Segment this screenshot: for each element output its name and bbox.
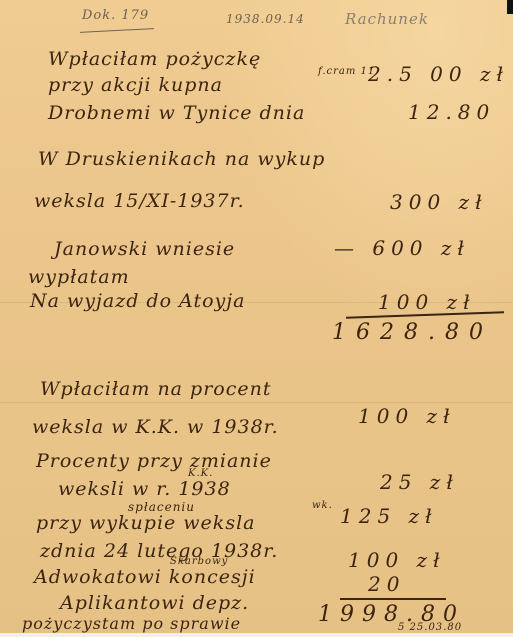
entry-text: zdnia 24 lutego 1938r.: [40, 540, 278, 562]
entry-amount: 25 zł: [380, 470, 459, 494]
entry-note: K.K.: [188, 468, 213, 479]
entry-amount: 100 zł: [378, 290, 476, 314]
entry-amount: 100 zł: [348, 548, 446, 572]
entry-text: Aplikantowi depz.: [60, 592, 249, 614]
entry-text: wypłatam: [28, 266, 130, 288]
paper-fold: [0, 402, 513, 403]
entry-text: Janowski wniesie: [54, 238, 235, 260]
entry-amount: 12.80: [408, 100, 495, 124]
entry-note: f.cram 11: [318, 66, 375, 77]
entry-amount: 2.5 00 zł: [368, 62, 509, 86]
scanned-document-page: Dok. 179 1938.09.14 Rachunek Wpłaciłam p…: [0, 0, 513, 637]
entry-amount: 20: [368, 572, 405, 596]
scan-bottom-edge: [0, 633, 513, 637]
entry-text: weksli w r. 1938: [58, 478, 231, 500]
document-reference: Dok. 179: [82, 8, 149, 23]
entry-text: przy akcji kupna: [48, 74, 223, 96]
entry-text: Wpłaciłam pożyczkę: [48, 48, 261, 70]
entry-text: weksla w K.K. w 1938r.: [32, 416, 279, 438]
entry-text: przy wykupie weksla: [36, 512, 255, 534]
entry-amount: 300 zł: [390, 190, 488, 214]
entry-text: pożyczystam po sprawie: [22, 614, 241, 633]
document-date: 1938.09.14: [226, 12, 305, 26]
scan-corner: [507, 0, 513, 14]
entry-text: Drobnemi w Tynice dnia: [48, 102, 305, 124]
entry-text: W Druskienikach na wykup: [38, 148, 325, 170]
entry-amount: — 600 zł: [334, 236, 470, 260]
entry-text: Wpłaciłam na procent: [40, 378, 272, 400]
entry-text: Adwokatowi koncesji: [34, 566, 256, 588]
entry-text: weksla 15/XI-1937r.: [34, 190, 245, 212]
entry-note: wk.: [312, 500, 333, 511]
entry-text: Procenty przy zmianie: [36, 450, 272, 472]
document-title: Rachunek: [345, 10, 429, 28]
entry-amount: 100 zł: [358, 404, 456, 428]
entry-note: 5 25.03.80: [398, 622, 462, 633]
total-rule: [340, 598, 446, 600]
reference-underline: [80, 28, 154, 33]
entry-amount: 125 zł: [340, 504, 438, 528]
subtotal-amount: 1628.80: [332, 320, 493, 345]
entry-text: Na wyjazd do Atoyja: [30, 290, 245, 312]
